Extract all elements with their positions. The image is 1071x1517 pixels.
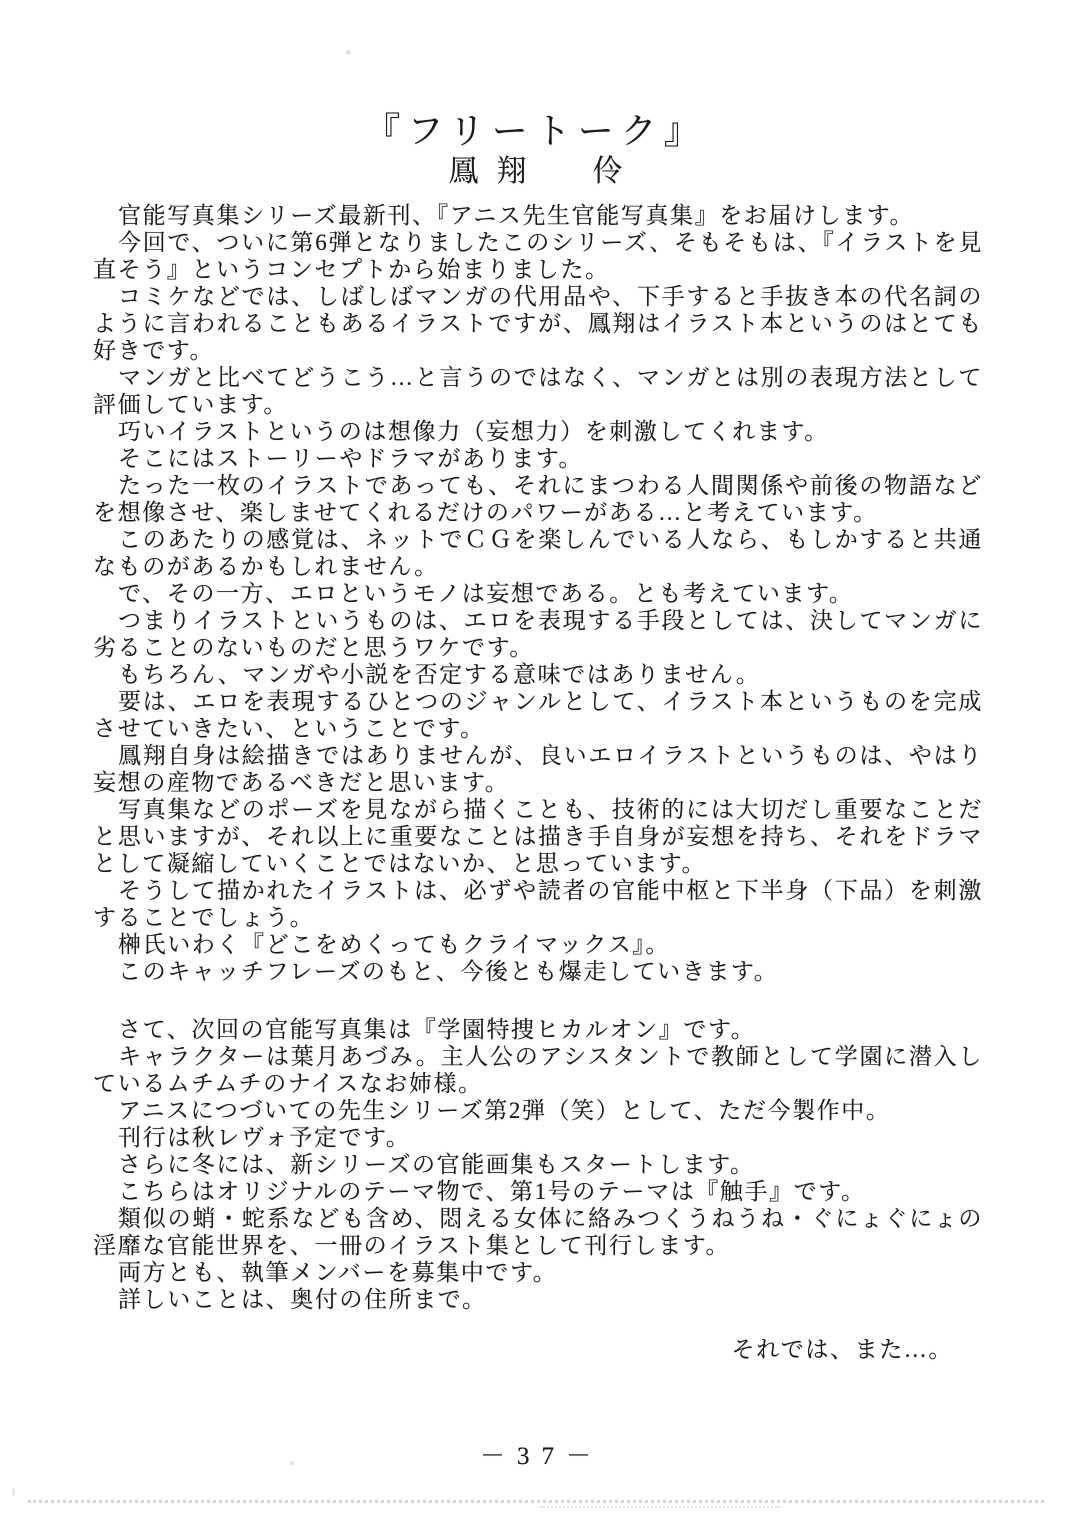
- page-number: －37－: [0, 1436, 1071, 1472]
- paragraph: 榊氏いわく『どこをめくってもクライマックス』。: [93, 931, 983, 958]
- paragraph: 刊行は秋レヴォ予定です。: [93, 1124, 983, 1151]
- paragraph: 巧いイラストというのは想像力（妄想力）を刺激してくれます。: [93, 418, 983, 445]
- paragraph: 鳳翔自身は絵描きではありませんが、良いエロイラストというものは、やはり妄想の産物…: [93, 742, 983, 796]
- section-free-talk: 官能写真集シリーズ最新刊、『アニス先生官能写真集』をお届けします。 今回で、つい…: [93, 202, 983, 985]
- paragraph: で、その一方、エロというモノは妄想である。とも考えています。: [93, 580, 983, 607]
- section-next-issue: さて、次回の官能写真集は『学園特捜ヒカルオン』です。 キャラクターは葉月あづみ。…: [93, 1016, 983, 1313]
- paragraph: そこにはストーリーやドラマがあります。: [93, 445, 983, 472]
- scan-speck: [290, 1461, 294, 1465]
- author-name: 鳳翔 伶: [0, 154, 1071, 190]
- paragraph: 今回で、ついに第6弾となりましたこのシリーズ、そもそもは、『イラストを見直そう』…: [93, 229, 983, 283]
- paragraph: コミケなどでは、しばしばマンガの代用品や、下手すると手抜き本の代名詞のように言わ…: [93, 283, 983, 364]
- paragraph: こちらはオリジナルのテーマ物で、第1号のテーマは『触手』です。: [93, 1178, 983, 1205]
- paragraph: 類似の蛸・蛇系なども含め、悶える女体に絡みつくうねうね・ぐにょぐにょの淫靡な官能…: [93, 1205, 983, 1259]
- paragraph: 詳しいことは、奥付の住所まで。: [93, 1286, 983, 1313]
- scan-artifact-line: [540, 1506, 780, 1508]
- paragraph: たった一枚のイラストであっても、それにまつわる人間関係や前後の物語などを想像させ…: [93, 472, 983, 526]
- paragraph: つまりイラストというものは、エロを表現する手段としては、決してマンガに劣ることの…: [93, 607, 983, 661]
- body-text: 官能写真集シリーズ最新刊、『アニス先生官能写真集』をお届けします。 今回で、つい…: [93, 202, 983, 1363]
- paragraph: そうして描かれたイラストは、必ずや読者の官能中枢と下半身（下品）を刺激することで…: [93, 877, 983, 931]
- paragraph: 要は、エロを表現するひとつのジャンルとして、イラスト本というものを完成させていき…: [93, 688, 983, 742]
- closing-line: それでは、また…。: [93, 1336, 953, 1363]
- paragraph: アニスにつづいての先生シリーズ第2弾（笑）として、ただ今製作中。: [93, 1097, 983, 1124]
- paragraph: 官能写真集シリーズ最新刊、『アニス先生官能写真集』をお届けします。: [93, 202, 983, 229]
- scanned-document-page: 『フリートーク』 鳳翔 伶 官能写真集シリーズ最新刊、『アニス先生官能写真集』を…: [0, 0, 1071, 1517]
- page-title: 『フリートーク』: [0, 0, 1071, 154]
- paragraph: マンガと比べてどうこう…と言うのではなく、マンガとは別の表現方法として評価してい…: [93, 364, 983, 418]
- paragraph: 写真集などのポーズを見ながら描くことも、技術的には大切だし重要なことだと思います…: [93, 796, 983, 877]
- paragraph: このあたりの感覚は、ネットでＣＧを楽しんでいる人なら、もしかすると共通なものがあ…: [93, 526, 983, 580]
- paragraph: このキャッチフレーズのもと、今後とも爆走していきます。: [93, 958, 983, 985]
- scan-speck: [346, 50, 351, 55]
- paragraph: 両方とも、執筆メンバーを募集中です。: [93, 1259, 983, 1286]
- scan-artifact-line: [28, 1500, 1044, 1503]
- paragraph: もちろん、マンガや小説を否定する意味ではありません。: [93, 661, 983, 688]
- paragraph: さて、次回の官能写真集は『学園特捜ヒカルオン』です。: [93, 1016, 983, 1043]
- paragraph: さらに冬には、新シリーズの官能画集もスタートします。: [93, 1151, 983, 1178]
- scan-speck: [12, 1488, 15, 1496]
- paragraph: キャラクターは葉月あづみ。主人公のアシスタントで教師として学園に潜入しているムチ…: [93, 1043, 983, 1097]
